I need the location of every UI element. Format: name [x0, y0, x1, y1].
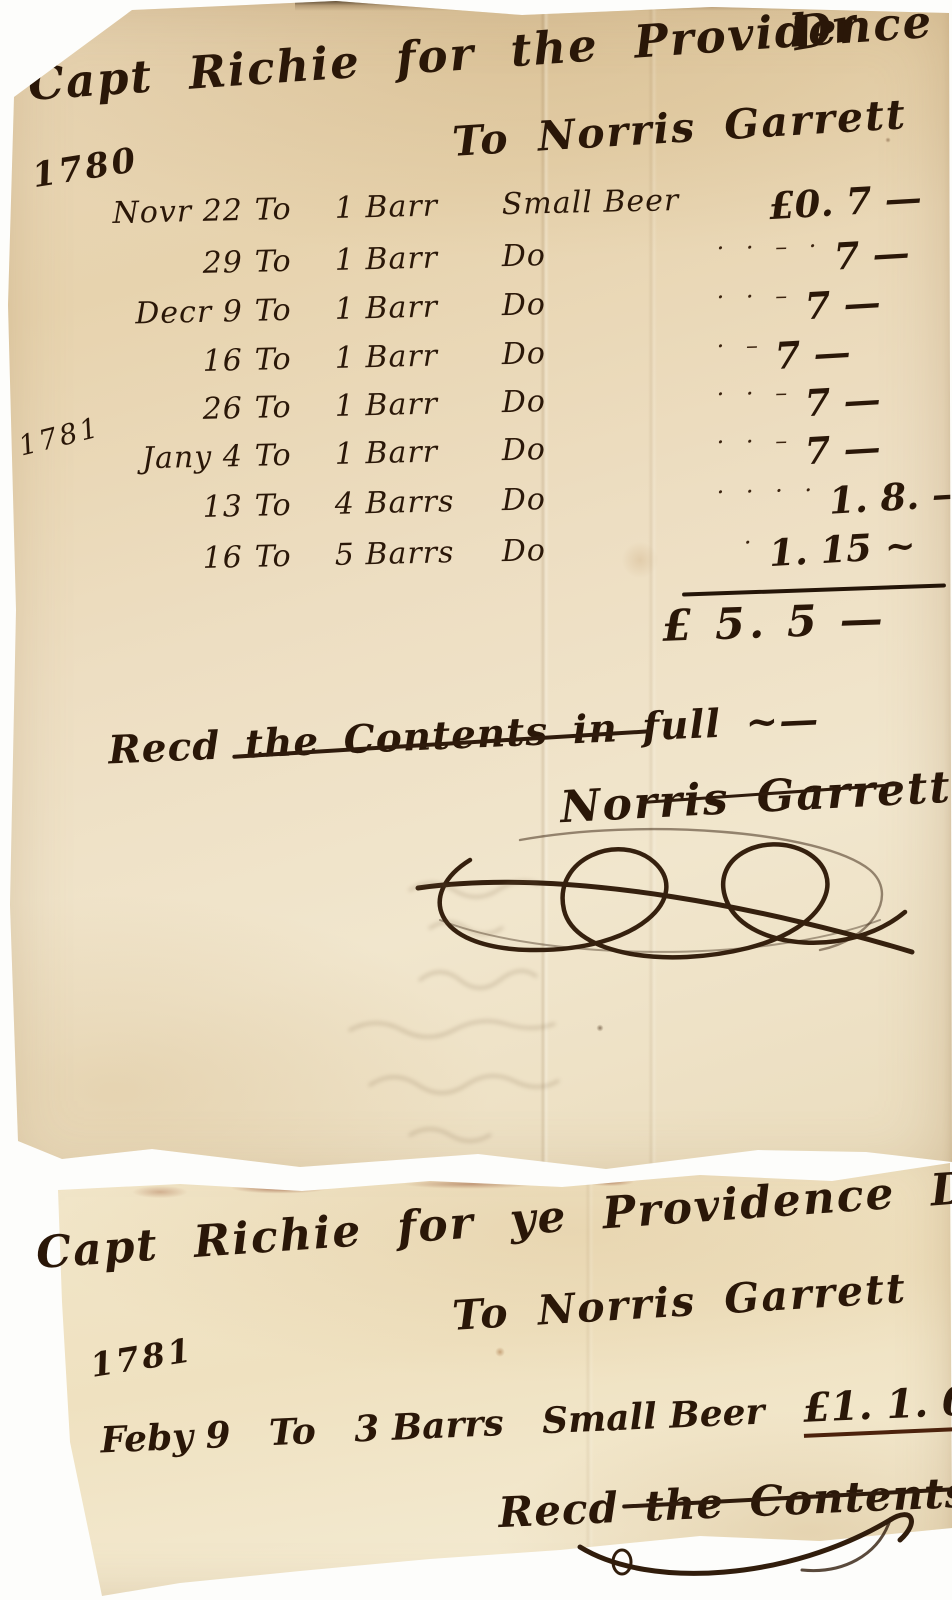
- entry-amount: 1. 15 ~: [768, 521, 945, 575]
- entry-leader-dots: · –: [716, 331, 775, 376]
- entry-quantity: 1 Barr: [334, 239, 502, 287]
- entry-leader-dots: · · –: [716, 378, 804, 424]
- total-amount: £ 5. 5 —: [661, 594, 887, 652]
- entry-amount: £1. 1. 0: [802, 1378, 952, 1438]
- entry-quantity: 1 Barr: [334, 337, 502, 385]
- account-sheet-1780: Dr Capt Richie for the Providence Dr. To…: [0, 0, 952, 1185]
- doc1-heading-line1: Capt Richie for the Providence Dr.: [26, 0, 952, 111]
- entry-description: Do: [501, 283, 717, 332]
- entry-leader-dots: · · – ·: [716, 232, 834, 279]
- entry-date: 29: [22, 245, 256, 294]
- entry-to: To: [254, 243, 335, 289]
- entry-date: 16: [22, 343, 256, 392]
- entry-date: Jany 4: [22, 439, 256, 488]
- entry-description: Small Beer: [541, 1391, 765, 1443]
- entry-to: To: [254, 191, 335, 237]
- receipt-statement: Recd the Contents in full ~—: [107, 697, 820, 774]
- entry-leader-dots: [716, 181, 769, 226]
- entry-quantity: 1 Barr: [334, 433, 502, 481]
- document-scan: Dr Capt Richie for the Providence Dr. To…: [0, 0, 952, 1600]
- sum-rule: [682, 583, 946, 596]
- entry-quantity: 3 Barrs: [353, 1402, 504, 1450]
- receipt-tail: ~—: [745, 697, 821, 746]
- entry-to: To: [254, 292, 335, 338]
- entry-amount: 7 —: [774, 324, 951, 378]
- entry-description: Do: [501, 478, 717, 527]
- entry-leader-dots: · · –: [716, 426, 804, 472]
- entry-date: Novr 22: [22, 193, 256, 242]
- entry-amount: 1. 8. —: [828, 469, 952, 523]
- entry-date: 16: [22, 540, 256, 589]
- entry-quantity: 4 Barrs: [334, 483, 502, 531]
- entry-leader-dots: · · · ·: [716, 476, 829, 523]
- entry-quantity: 1 Barr: [334, 288, 502, 336]
- entry-leader-dots: ·: [716, 528, 769, 573]
- bleed-through-text: [260, 870, 760, 1160]
- entry-date: Decr 9: [22, 294, 256, 343]
- total-value: 5. 5 —: [714, 594, 887, 650]
- entry-to: To: [254, 437, 335, 483]
- entry-description: Do: [501, 380, 717, 429]
- currency-pound-sign: £: [661, 601, 697, 652]
- doc1-year: 1780: [30, 140, 142, 196]
- signature-swash: [560, 1492, 930, 1600]
- entry-description: Do: [501, 529, 717, 578]
- entry-amount: 7 —: [803, 274, 952, 328]
- entry-to: To: [254, 389, 335, 435]
- entry-description: Do: [501, 234, 717, 283]
- entry-quantity: 5 Barrs: [334, 534, 502, 582]
- entry-date: 26: [22, 391, 256, 440]
- entry-to: To: [268, 1410, 316, 1454]
- doc1-heading-line2: To Norris Garrett: [451, 90, 908, 166]
- entry-to: To: [254, 341, 335, 387]
- entry-description: Do: [501, 332, 717, 381]
- entry-amount: 7 —: [803, 371, 952, 425]
- entry-to: To: [254, 487, 335, 533]
- entry-description: Do: [501, 428, 717, 477]
- entry-description: Small Beer: [501, 182, 717, 231]
- entry-to: To: [254, 538, 335, 584]
- receipt-prefix: Recd: [107, 723, 221, 774]
- entry-date: Feby 9: [100, 1414, 232, 1462]
- entry-amount: 7 —: [832, 225, 952, 279]
- entry-date: 13: [22, 489, 256, 538]
- entry-amount: 7 —: [803, 419, 952, 473]
- entry-quantity: 1 Barr: [334, 187, 502, 235]
- fold-shadow-top: [295, 0, 952, 11]
- entry-quantity: 1 Barr: [334, 385, 502, 433]
- entry-amount: £0. 7 —: [768, 174, 945, 228]
- entry-leader-dots: · · –: [716, 281, 804, 327]
